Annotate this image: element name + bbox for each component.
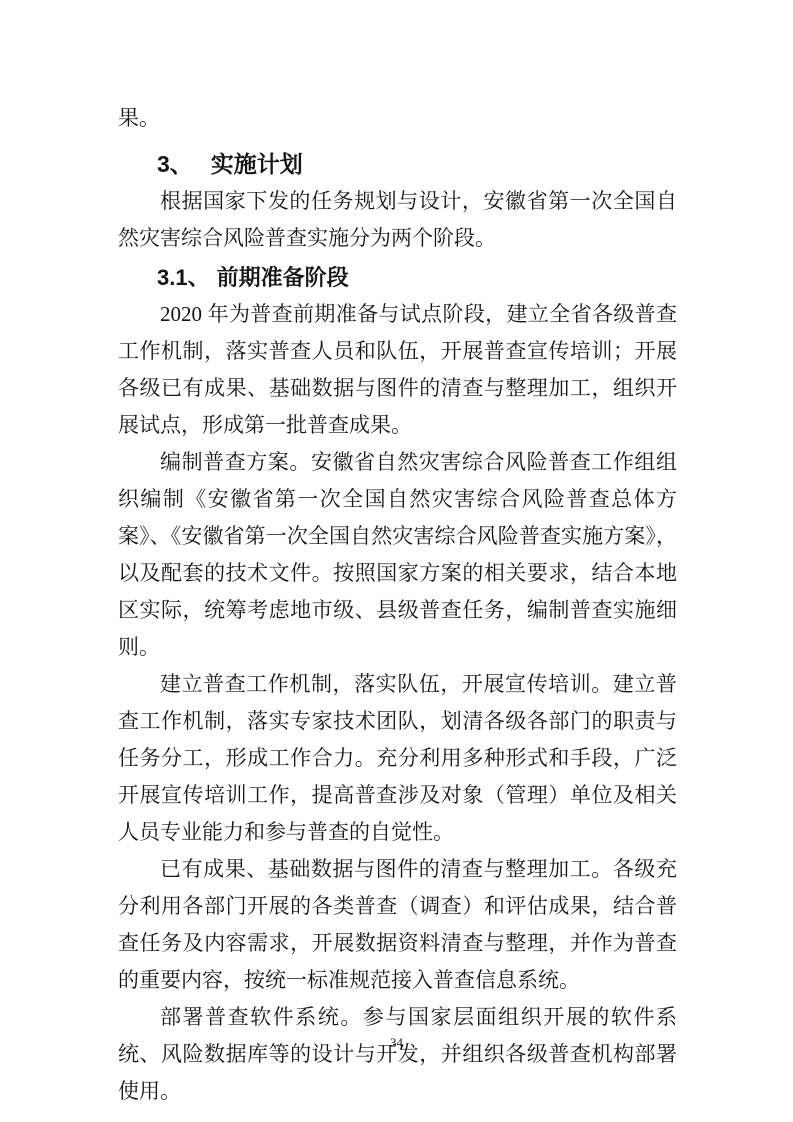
paragraph-preparation-overview: 2020 年为普查前期准备与试点阶段，建立全省各级普查工作机制，落实普查人员和队… bbox=[118, 296, 677, 444]
paragraph-existing-results: 已有成果、基础数据与图件的清查与整理加工。各级充分利用各部门开展的各类普查（调查… bbox=[118, 851, 677, 999]
subsection-heading: 3.1、前期准备阶段 bbox=[118, 259, 677, 296]
section-title: 实施计划 bbox=[211, 151, 303, 177]
paragraph-survey-plan: 编制普查方案。安徽省自然灾害综合风险普查工作组组织编制《安徽省第一次全国自然灾害… bbox=[118, 444, 677, 666]
paragraph-software-deployment: 部署普查软件系统。参与国家层面组织开展的软件系统、风险数据库等的设计与开发，并组… bbox=[118, 999, 677, 1110]
subsection-title: 前期准备阶段 bbox=[217, 265, 349, 290]
paragraph-work-mechanism: 建立普查工作机制，落实队伍，开展宣传培训。建立普查工作机制，落实专家技术团队，划… bbox=[118, 666, 677, 851]
page-number: 34 bbox=[0, 1035, 793, 1051]
section-heading: 3、实施计划 bbox=[118, 146, 677, 183]
document-body: 果。 3、实施计划 根据国家下发的任务规划与设计，安徽省第一次全国自然灾害综合风… bbox=[118, 100, 677, 1110]
paragraph-section-intro: 根据国家下发的任务规划与设计，安徽省第一次全国自然灾害综合风险普查实施分为两个阶… bbox=[118, 183, 677, 257]
section-number: 3、 bbox=[157, 151, 193, 177]
paragraph-fragment: 果。 bbox=[118, 100, 677, 137]
subsection-number: 3.1、 bbox=[157, 265, 210, 290]
document-page: 果。 3、实施计划 根据国家下发的任务规划与设计，安徽省第一次全国自然灾害综合风… bbox=[0, 0, 793, 1122]
